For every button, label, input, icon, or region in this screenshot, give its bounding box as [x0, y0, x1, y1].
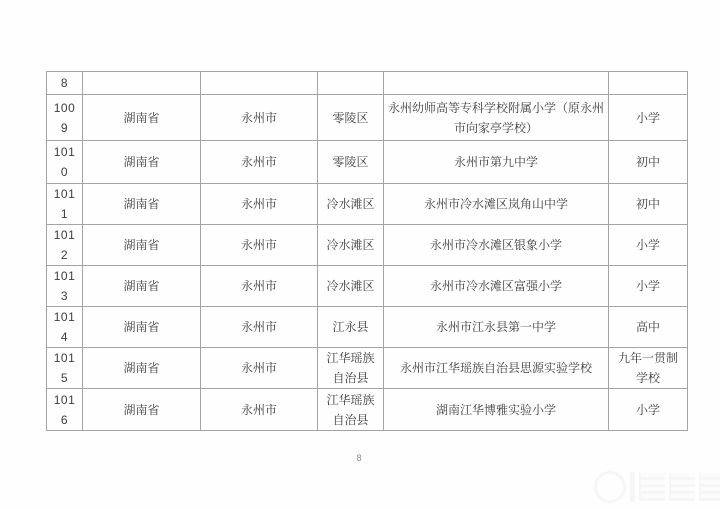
cell-seq: 1016: [47, 389, 83, 431]
cell-province: 湖南省: [83, 348, 201, 389]
cell-city: 永州市: [201, 225, 318, 266]
cell-city: 永州市: [201, 307, 318, 348]
cell-province: 湖南省: [83, 184, 201, 225]
cell-type: 小学: [609, 266, 688, 307]
cell-school: 永州市江华瑶族自治县思源实验学校: [384, 348, 609, 389]
cell-school: 永州市冷水滩区富强小学: [384, 266, 609, 307]
table-row: 1010 湖南省 永州市 零陵区 永州市第九中学 初中: [47, 141, 688, 184]
cell-type: 初中: [609, 184, 688, 225]
cell-district: 零陵区: [318, 141, 384, 184]
table-row: 1009 湖南省 永州市 零陵区 永州幼师高等专科学校附属小学（原永州市向家亭学…: [47, 95, 688, 141]
cell-type: 初中: [609, 141, 688, 184]
cell-school: 永州幼师高等专科学校附属小学（原永州市向家亭学校）: [384, 95, 609, 141]
cell-district: 江华瑶族自治县: [318, 348, 384, 389]
cell-seq: 1009: [47, 95, 83, 141]
cell-school: [384, 72, 609, 95]
cell-district: 冷水滩区: [318, 184, 384, 225]
cell-school: 永州市冷水滩区银象小学: [384, 225, 609, 266]
cell-seq: 1012: [47, 225, 83, 266]
school-table-body: 8 1009 湖南省 永州市 零陵区 永州幼师高等专科学校附属小学（原永州市向家…: [47, 72, 688, 431]
cell-district: 冷水滩区: [318, 266, 384, 307]
cell-province: 湖南省: [83, 225, 201, 266]
cell-city: 永州市: [201, 141, 318, 184]
cell-seq: 1011: [47, 184, 83, 225]
cell-city: 永州市: [201, 389, 318, 431]
cell-city: [201, 72, 318, 95]
cell-province: 湖南省: [83, 266, 201, 307]
cell-school: 湖南江华博雅实验小学: [384, 389, 609, 431]
table-row: 1011 湖南省 永州市 冷水滩区 永州市冷水滩区岚角山中学 初中: [47, 184, 688, 225]
cell-district: 江永县: [318, 307, 384, 348]
cell-seq: 1010: [47, 141, 83, 184]
page-number: 8: [352, 453, 366, 463]
cell-school: 永州市冷水滩区岚角山中学: [384, 184, 609, 225]
cell-district: 江华瑶族自治县: [318, 389, 384, 431]
cell-seq: 1015: [47, 348, 83, 389]
cell-province: 湖南省: [83, 389, 201, 431]
watermark-logo-icon: [594, 471, 626, 503]
cell-district: 零陵区: [318, 95, 384, 141]
cell-seq: 1013: [47, 266, 83, 307]
cell-seq: 1014: [47, 307, 83, 348]
table-row: 1014 湖南省 永州市 江永县 永州市江永县第一中学 高中: [47, 307, 688, 348]
cell-school: 永州市第九中学: [384, 141, 609, 184]
watermark-bar: [630, 472, 635, 502]
cell-province: 湖南省: [83, 307, 201, 348]
table-row: 1012 湖南省 永州市 冷水滩区 永州市冷水滩区银象小学 小学: [47, 225, 688, 266]
cell-city: 永州市: [201, 95, 318, 141]
cell-seq: 8: [47, 72, 83, 95]
table-row: 1015 湖南省 永州市 江华瑶族自治县 永州市江华瑶族自治县思源实验学校 九年…: [47, 348, 688, 389]
cell-province: 湖南省: [83, 141, 201, 184]
cell-province: 湖南省: [83, 95, 201, 141]
watermark-glyph: [669, 473, 695, 501]
table-row: 1016 湖南省 永州市 江华瑶族自治县 湖南江华博雅实验小学 小学: [47, 389, 688, 431]
cell-type: 小学: [609, 389, 688, 431]
table-row: 1013 湖南省 永州市 冷水滩区 永州市冷水滩区富强小学 小学: [47, 266, 688, 307]
cell-type: [609, 72, 688, 95]
cell-province: [83, 72, 201, 95]
cell-city: 永州市: [201, 266, 318, 307]
document-page: 8 1009 湖南省 永州市 零陵区 永州幼师高等专科学校附属小学（原永州市向家…: [0, 0, 720, 509]
cell-city: 永州市: [201, 184, 318, 225]
cell-type: 九年一贯制学校: [609, 348, 688, 389]
cell-district: 冷水滩区: [318, 225, 384, 266]
watermark: [594, 467, 718, 507]
cell-type: 小学: [609, 95, 688, 141]
watermark-glyph: [699, 473, 720, 501]
cell-city: 永州市: [201, 348, 318, 389]
cell-district: [318, 72, 384, 95]
watermark-glyph: [639, 473, 665, 501]
cell-school: 永州市江永县第一中学: [384, 307, 609, 348]
cell-type: 小学: [609, 225, 688, 266]
cell-type: 高中: [609, 307, 688, 348]
school-list-table: 8 1009 湖南省 永州市 零陵区 永州幼师高等专科学校附属小学（原永州市向家…: [46, 71, 688, 431]
table-row: 8: [47, 72, 688, 95]
